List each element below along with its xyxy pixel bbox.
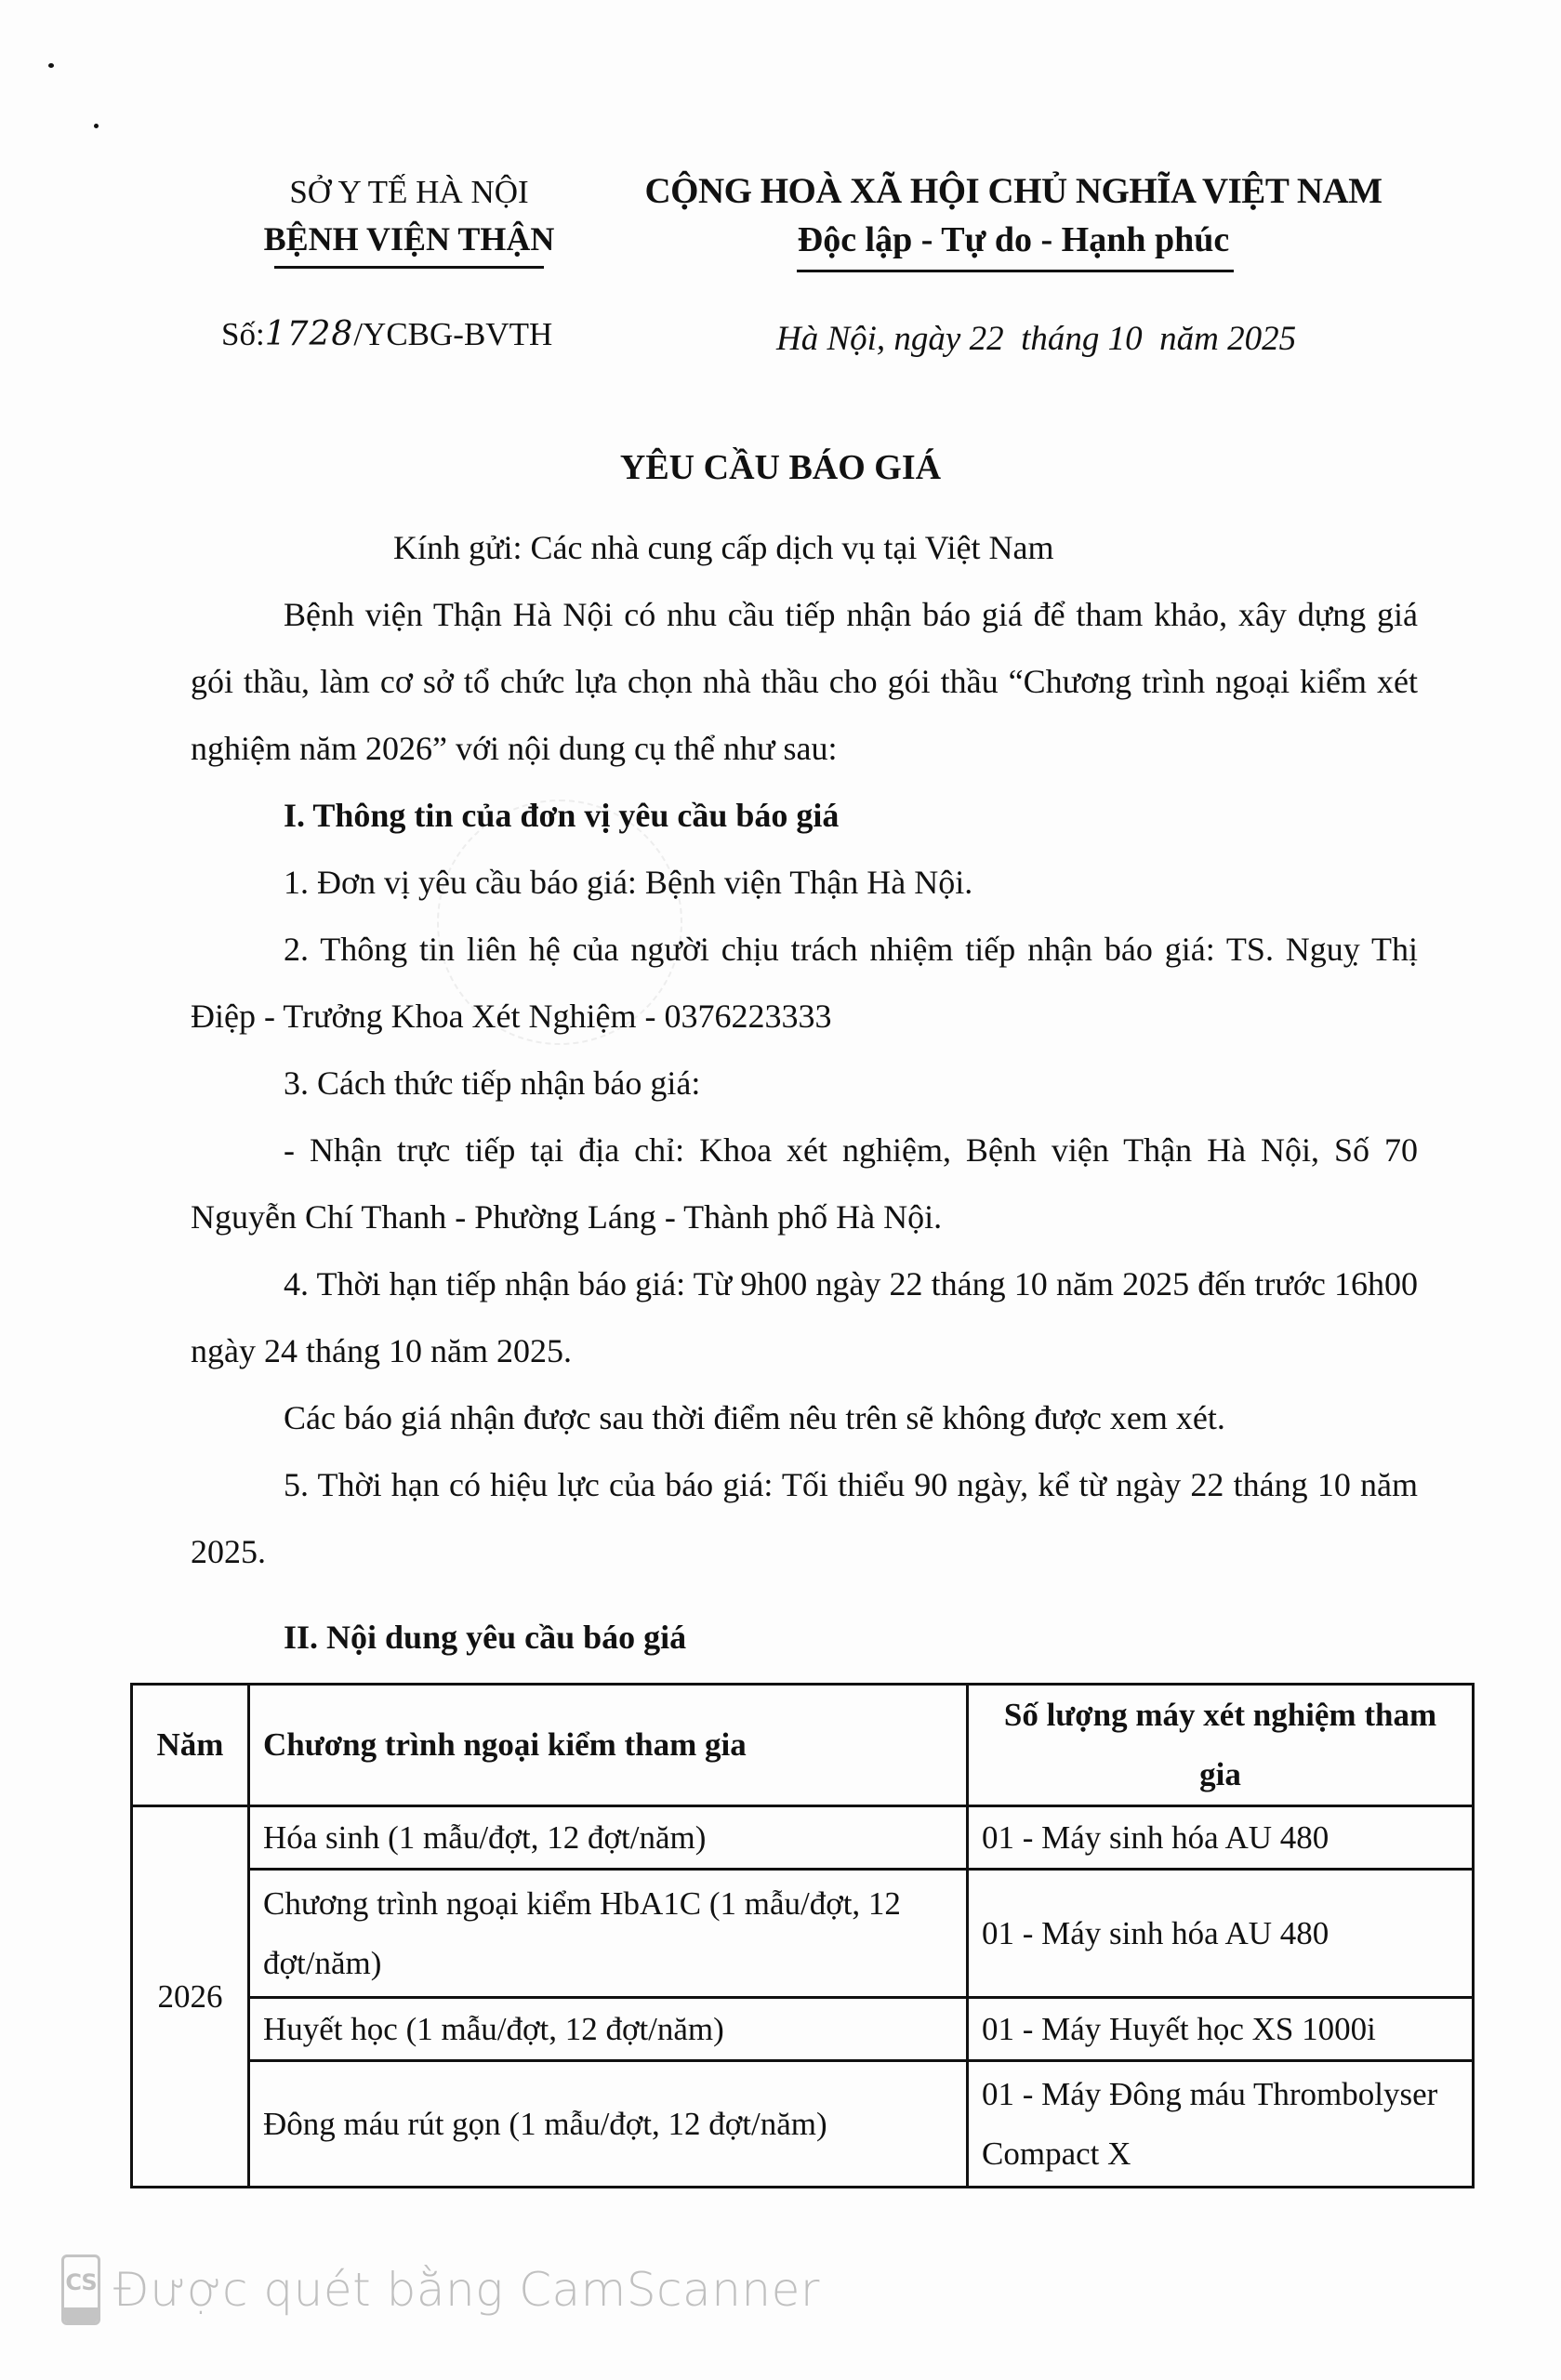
table-row: Chương trình ngoại kiểm HbA1C (1 mẫu/đợt… [132, 1870, 1474, 1998]
scan-speck [48, 63, 54, 68]
header-program: Chương trình ngoại kiểm tham gia [249, 1685, 968, 1806]
national-motto: Độc lập - Tự do - Hạnh phúc [642, 216, 1385, 264]
program-cell: Huyết học (1 mẫu/đợt, 12 đợt/năm) [249, 1998, 968, 2061]
document-number: Số:1728/YCBG-BVTH [221, 311, 552, 358]
hospital-name: BỆNH VIỆN THẬN [214, 216, 604, 262]
agency-name: SỞ Y TẾ HÀ NỘI [214, 169, 604, 216]
camscanner-watermark: CS Được quét bằng CamScanner [61, 2254, 820, 2325]
watermark-text: Được quét bằng CamScanner [113, 2263, 820, 2317]
section-1-item-1: 1. Đơn vị yêu cầu báo giá: Bệnh viện Thậ… [191, 849, 1418, 916]
intro-paragraph: Bệnh viện Thận Hà Nội có nhu cầu tiếp nh… [191, 581, 1418, 782]
doc-number-handwritten: 1728 [265, 315, 354, 353]
issuing-agency-block: SỞ Y TẾ HÀ NỘI BỆNH VIỆN THẬN [214, 169, 604, 269]
section-1-item-4: 4. Thời hạn tiếp nhận báo giá: Từ 9h00 n… [191, 1250, 1418, 1384]
program-cell: Chương trình ngoại kiểm HbA1C (1 mẫu/đợt… [249, 1870, 968, 1998]
document-date: Hà Nội, ngày 22 tháng 10 năm 2025 [776, 316, 1296, 363]
document-title: YÊU CẦU BÁO GIÁ [0, 444, 1561, 491]
section-2-heading: II. Nội dung yêu cầu báo giá [191, 1604, 1418, 1671]
header-year: Năm [132, 1685, 249, 1806]
hospital-underline [274, 266, 544, 269]
section-1-item-4-note: Các báo giá nhận được sau thời điểm nêu … [191, 1384, 1418, 1451]
machines-cell: 01 - Máy Huyết học XS 1000i [968, 1998, 1474, 2061]
table-row: Đông máu rút gọn (1 mẫu/đợt, 12 đợt/năm)… [132, 2061, 1474, 2188]
section-1-heading: I. Thông tin của đơn vị yêu cầu báo giá [191, 782, 1418, 849]
section-1-item-3-detail: - Nhận trực tiếp tại địa chỉ: Khoa xét n… [191, 1117, 1418, 1250]
quotation-table: Năm Chương trình ngoại kiểm tham gia Số … [130, 1683, 1475, 2188]
scan-speck [94, 124, 99, 128]
program-cell: Hóa sinh (1 mẫu/đợt, 12 đợt/năm) [249, 1806, 968, 1870]
national-header-block: CỘNG HOÀ XÃ HỘI CHỦ NGHĨA VIỆT NAM Độc l… [642, 167, 1385, 272]
year-cell: 2026 [132, 1806, 249, 2188]
machines-cell: 01 - Máy sinh hóa AU 480 [968, 1870, 1474, 1998]
country-name: CỘNG HOÀ XÃ HỘI CHỦ NGHĨA VIỆT NAM [642, 167, 1385, 216]
machines-cell: 01 - Máy Đông máu Thrombolyser Compact X [968, 2061, 1474, 2188]
motto-underline [797, 270, 1234, 272]
doc-number-suffix: /YCBG-BVTH [353, 316, 552, 352]
table-header-row: Năm Chương trình ngoại kiểm tham gia Số … [132, 1685, 1474, 1806]
section-1-item-3: 3. Cách thức tiếp nhận báo giá: [191, 1050, 1418, 1117]
machines-cell: 01 - Máy sinh hóa AU 480 [968, 1806, 1474, 1870]
table-row: 2026 Hóa sinh (1 mẫu/đợt, 12 đợt/năm) 01… [132, 1806, 1474, 1870]
section-1-item-2: 2. Thông tin liên hệ của người chịu trác… [191, 916, 1418, 1050]
table-row: Huyết học (1 mẫu/đợt, 12 đợt/năm) 01 - M… [132, 1998, 1474, 2061]
header-machines: Số lượng máy xét nghiệm tham gia [968, 1685, 1474, 1806]
doc-number-prefix: Số: [221, 316, 265, 352]
program-cell: Đông máu rút gọn (1 mẫu/đợt, 12 đợt/năm) [249, 2061, 968, 2188]
section-1-item-5: 5. Thời hạn có hiệu lực của báo giá: Tối… [191, 1451, 1418, 1585]
camscanner-logo-icon: CS [61, 2254, 100, 2325]
recipient-line: Kính gửi: Các nhà cung cấp dịch vụ tại V… [191, 514, 1418, 581]
